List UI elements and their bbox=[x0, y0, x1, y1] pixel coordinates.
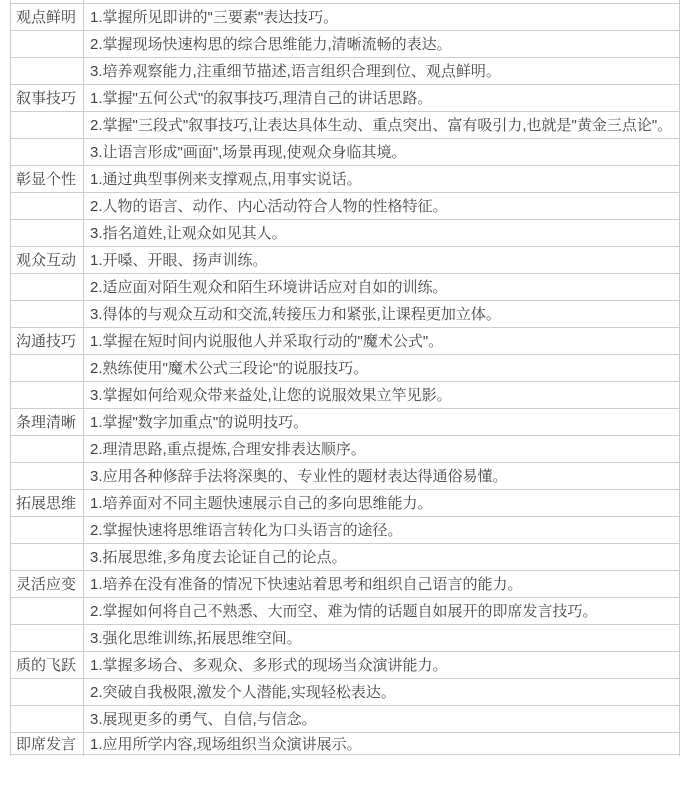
objective-cell: 1.开嗓、开眼、扬声训练。 bbox=[84, 246, 680, 273]
page: 观点鲜明1.掌握所见即讲的"三要素"表达技巧。2.掌握现场快速构思的综合思维能力… bbox=[0, 0, 689, 787]
objective-cell: 2.适应面对陌生观众和陌生环境讲话应对自如的训练。 bbox=[84, 273, 680, 300]
group-label-cell bbox=[11, 354, 84, 381]
group-label-cell: 沟通技巧 bbox=[11, 327, 84, 354]
table-row: 3.拓展思维,多角度去论证自己的论点。 bbox=[11, 543, 680, 570]
group-label-cell bbox=[11, 435, 84, 462]
objective-cell: 1.应用所学内容,现场组织当众演讲展示。 bbox=[84, 732, 680, 754]
objective-cell: 3.得体的与观众互动和交流,转接压力和紧张,让课程更加立体。 bbox=[84, 300, 680, 327]
group-label-cell bbox=[11, 111, 84, 138]
table-row bbox=[11, 754, 680, 756]
table-row: 3.得体的与观众互动和交流,转接压力和紧张,让课程更加立体。 bbox=[11, 300, 680, 327]
group-label-cell: 叙事技巧 bbox=[11, 84, 84, 111]
table-row: 拓展思维1.培养面对不同主题快速展示自己的多向思维能力。 bbox=[11, 489, 680, 516]
table-row: 3.让语言形成"画面",场景再现,使观众身临其境。 bbox=[11, 138, 680, 165]
table-row: 2.突破自我极限,激发个人潜能,实现轻松表达。 bbox=[11, 678, 680, 705]
group-label-cell bbox=[11, 381, 84, 408]
group-label-cell bbox=[11, 138, 84, 165]
objective-cell: 3.让语言形成"画面",场景再现,使观众身临其境。 bbox=[84, 138, 680, 165]
group-label-cell bbox=[11, 754, 84, 756]
group-label-cell bbox=[11, 597, 84, 624]
objective-cell: 1.掌握所见即讲的"三要素"表达技巧。 bbox=[84, 3, 680, 30]
group-label-cell bbox=[11, 273, 84, 300]
table-row: 条理清晰1.掌握"数字加重点"的说明技巧。 bbox=[11, 408, 680, 435]
table-row: 2.掌握快速将思维语言转化为口头语言的途径。 bbox=[11, 516, 680, 543]
group-label-cell bbox=[11, 219, 84, 246]
objective-cell: 1.培养面对不同主题快速展示自己的多向思维能力。 bbox=[84, 489, 680, 516]
objective-cell: 2.掌握如何将自己不熟悉、大而空、难为情的话题自如展开的即席发言技巧。 bbox=[84, 597, 680, 624]
table-row: 观点鲜明1.掌握所见即讲的"三要素"表达技巧。 bbox=[11, 3, 680, 30]
table-row: 3.应用各种修辞手法将深奥的、专业性的题材表达得通俗易懂。 bbox=[11, 462, 680, 489]
group-label-cell: 观点鲜明 bbox=[11, 3, 84, 30]
group-label-cell: 条理清晰 bbox=[11, 408, 84, 435]
course-outline-table: 观点鲜明1.掌握所见即讲的"三要素"表达技巧。2.掌握现场快速构思的综合思维能力… bbox=[10, 0, 680, 756]
objective-cell: 2.掌握快速将思维语言转化为口头语言的途径。 bbox=[84, 516, 680, 543]
table-row: 观众互动1.开嗓、开眼、扬声训练。 bbox=[11, 246, 680, 273]
table-row: 2.掌握"三段式"叙事技巧,让表达具体生动、重点突出、富有吸引力,也就是"黄金三… bbox=[11, 111, 680, 138]
objective-cell: 1.掌握"数字加重点"的说明技巧。 bbox=[84, 408, 680, 435]
objective-cell: 1.掌握多场合、多观众、多形式的现场当众演讲能力。 bbox=[84, 651, 680, 678]
objective-cell: 3.应用各种修辞手法将深奥的、专业性的题材表达得通俗易懂。 bbox=[84, 462, 680, 489]
table-row: 2.掌握现场快速构思的综合思维能力,清晰流畅的表达。 bbox=[11, 30, 680, 57]
group-label-cell: 灵活应变 bbox=[11, 570, 84, 597]
table-row: 叙事技巧1.掌握"五何公式"的叙事技巧,理清自己的讲话思路。 bbox=[11, 84, 680, 111]
table-row: 3.强化思维训练,拓展思维空间。 bbox=[11, 624, 680, 651]
objective-cell: 3.拓展思维,多角度去论证自己的论点。 bbox=[84, 543, 680, 570]
table-row: 3.指名道姓,让观众如见其人。 bbox=[11, 219, 680, 246]
objective-cell: 2.熟练使用"魔术公式三段论"的说服技巧。 bbox=[84, 354, 680, 381]
objective-cell: 3.指名道姓,让观众如见其人。 bbox=[84, 219, 680, 246]
table-row: 3.展现更多的勇气、自信,与信念。 bbox=[11, 705, 680, 732]
table-row: 3.掌握如何给观众带来益处,让您的说服效果立竿见影。 bbox=[11, 381, 680, 408]
group-label-cell bbox=[11, 30, 84, 57]
objective-cell: 2.人物的语言、动作、内心活动符合人物的性格特征。 bbox=[84, 192, 680, 219]
group-label-cell bbox=[11, 57, 84, 84]
group-label-cell bbox=[11, 516, 84, 543]
objective-cell: 2.突破自我极限,激发个人潜能,实现轻松表达。 bbox=[84, 678, 680, 705]
group-label-cell: 彰显个性 bbox=[11, 165, 84, 192]
objective-cell: 2.理清思路,重点提炼,合理安排表达顺序。 bbox=[84, 435, 680, 462]
table-row: 2.适应面对陌生观众和陌生环境讲话应对自如的训练。 bbox=[11, 273, 680, 300]
objective-cell: 3.强化思维训练,拓展思维空间。 bbox=[84, 624, 680, 651]
table-row: 2.掌握如何将自己不熟悉、大而空、难为情的话题自如展开的即席发言技巧。 bbox=[11, 597, 680, 624]
objective-cell: 2.掌握"三段式"叙事技巧,让表达具体生动、重点突出、富有吸引力,也就是"黄金三… bbox=[84, 111, 680, 138]
objective-cell: 2.掌握现场快速构思的综合思维能力,清晰流畅的表达。 bbox=[84, 30, 680, 57]
group-label-cell bbox=[11, 300, 84, 327]
objective-cell bbox=[84, 754, 680, 756]
group-label-cell bbox=[11, 705, 84, 732]
table-row: 2.理清思路,重点提炼,合理安排表达顺序。 bbox=[11, 435, 680, 462]
table-row: 2.熟练使用"魔术公式三段论"的说服技巧。 bbox=[11, 354, 680, 381]
table-row: 2.人物的语言、动作、内心活动符合人物的性格特征。 bbox=[11, 192, 680, 219]
group-label-cell: 观众互动 bbox=[11, 246, 84, 273]
group-label-cell bbox=[11, 192, 84, 219]
table-row: 质的飞跃1.掌握多场合、多观众、多形式的现场当众演讲能力。 bbox=[11, 651, 680, 678]
group-label-cell bbox=[11, 462, 84, 489]
table-row: 彰显个性1.通过典型事例来支撑观点,用事实说话。 bbox=[11, 165, 680, 192]
group-label-cell: 即席发言 bbox=[11, 732, 84, 754]
table-row: 灵活应变1.培养在没有准备的情况下快速站着思考和组织自己语言的能力。 bbox=[11, 570, 680, 597]
table-row: 3.培养观察能力,注重细节描述,语言组织合理到位、观点鲜明。 bbox=[11, 57, 680, 84]
objective-cell: 1.掌握在短时间内说服他人并采取行动的"魔术公式"。 bbox=[84, 327, 680, 354]
table-row: 沟通技巧1.掌握在短时间内说服他人并采取行动的"魔术公式"。 bbox=[11, 327, 680, 354]
objective-cell: 3.培养观察能力,注重细节描述,语言组织合理到位、观点鲜明。 bbox=[84, 57, 680, 84]
objective-cell: 3.掌握如何给观众带来益处,让您的说服效果立竿见影。 bbox=[84, 381, 680, 408]
table-row: 即席发言1.应用所学内容,现场组织当众演讲展示。 bbox=[11, 732, 680, 754]
objective-cell: 1.通过典型事例来支撑观点,用事实说话。 bbox=[84, 165, 680, 192]
group-label-cell: 质的飞跃 bbox=[11, 651, 84, 678]
group-label-cell bbox=[11, 678, 84, 705]
group-label-cell bbox=[11, 624, 84, 651]
objective-cell: 1.培养在没有准备的情况下快速站着思考和组织自己语言的能力。 bbox=[84, 570, 680, 597]
group-label-cell bbox=[11, 543, 84, 570]
objective-cell: 1.掌握"五何公式"的叙事技巧,理清自己的讲话思路。 bbox=[84, 84, 680, 111]
table-body: 观点鲜明1.掌握所见即讲的"三要素"表达技巧。2.掌握现场快速构思的综合思维能力… bbox=[11, 0, 680, 756]
group-label-cell: 拓展思维 bbox=[11, 489, 84, 516]
objective-cell: 3.展现更多的勇气、自信,与信念。 bbox=[84, 705, 680, 732]
